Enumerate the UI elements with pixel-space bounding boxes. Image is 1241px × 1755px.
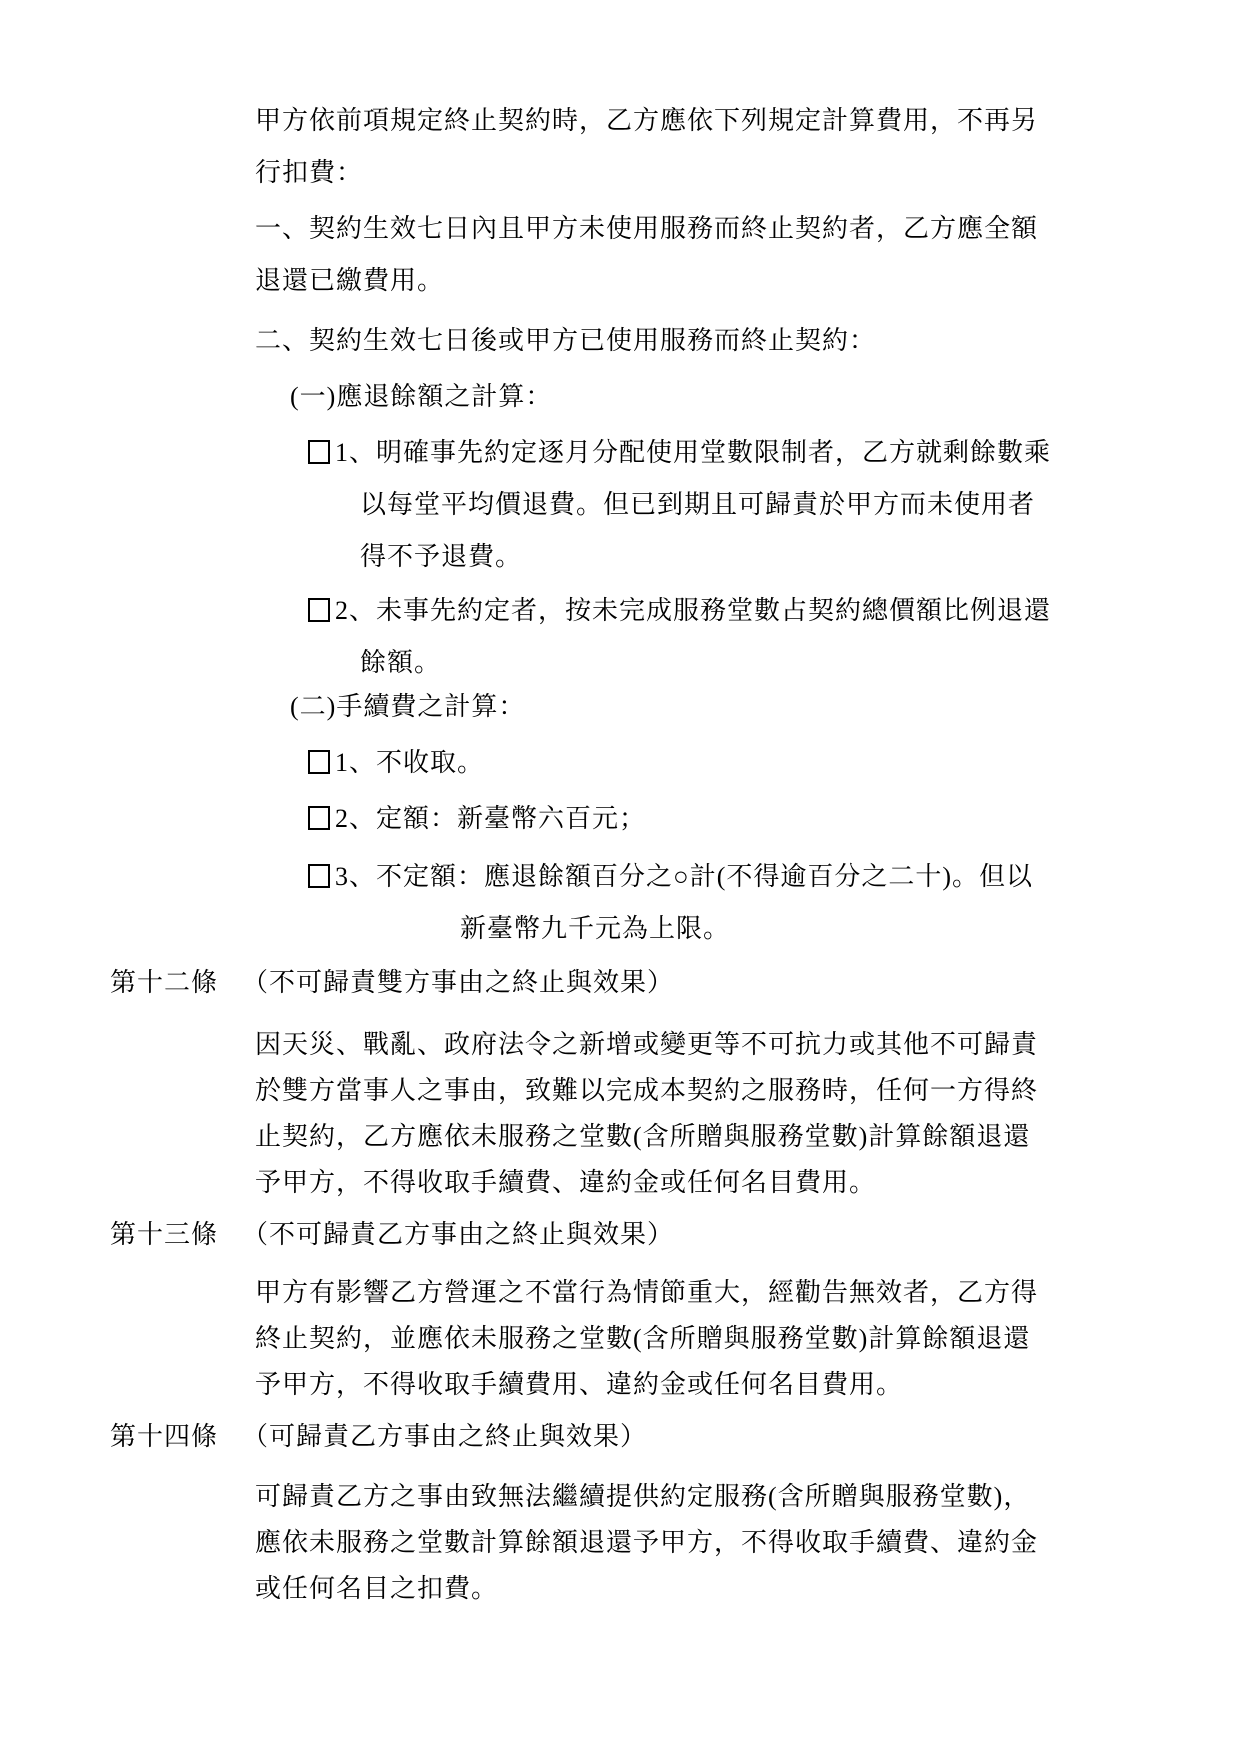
intro-paragraph: 甲方依前項規定終止契約時，乙方應依下列規定計算費用，不再另 行扣費： <box>255 95 1085 199</box>
list-item-2: 二、契約生效七日後或甲方已使用服務而終止契約： <box>255 315 1085 367</box>
fee-option-3: 3、不定額：應退餘額百分之○計(不得逾百分之二十)。但以 新臺幣九千元為上限。 <box>460 851 1240 955</box>
fee-option-2: 2、定額：新臺幣六百元； <box>360 793 1140 845</box>
option-text: 不收取。 <box>376 748 484 777</box>
option-number: 2、 <box>335 596 376 625</box>
article-12-header: 第十二條（不可歸責雙方事由之終止與效果） <box>110 957 674 1009</box>
article-title: （不可歸責雙方事由之終止與效果） <box>242 968 674 997</box>
article-13-header: 第十三條（不可歸責乙方事由之終止與效果） <box>110 1209 674 1261</box>
checkbox-icon[interactable] <box>308 440 330 464</box>
article-title: （不可歸責乙方事由之終止與效果） <box>242 1220 674 1249</box>
article-12-body: 因天災、戰亂、政府法令之新增或變更等不可抗力或其他不可歸責 於雙方當事人之事由，… <box>255 1022 1085 1206</box>
checkbox-icon[interactable] <box>308 806 330 830</box>
article-title: （可歸責乙方事由之終止與效果） <box>242 1422 647 1451</box>
refund-option-2: 2、未事先約定者，按未完成服務堂數占契約總價額比例退還 餘額。 <box>360 585 1140 689</box>
option-number: 3、 <box>335 862 376 891</box>
option-text: 明確事先約定逐月分配使用堂數限制者，乙方就剩餘數乘 以每堂平均價退費。但已到期且… <box>360 438 1051 571</box>
fee-option-1: 1、不收取。 <box>360 737 1140 789</box>
option-number: 2、 <box>335 804 376 833</box>
checkbox-icon[interactable] <box>308 864 330 888</box>
article-number: 第十二條 <box>110 957 242 1009</box>
checkbox-icon[interactable] <box>308 750 330 774</box>
checkbox-icon[interactable] <box>308 598 330 622</box>
list-item-1: 一、契約生效七日內且甲方未使用服務而終止契約者，乙方應全額 退還已繳費用。 <box>255 203 1085 307</box>
option-number: 1、 <box>335 748 376 777</box>
refund-option-1: 1、明確事先約定逐月分配使用堂數限制者，乙方就剩餘數乘 以每堂平均價退費。但已到… <box>360 427 1140 583</box>
option-text: 不定額：應退餘額百分之○計(不得逾百分之二十)。但以 新臺幣九千元為上限。 <box>376 862 1033 943</box>
article-14-header: 第十四條（可歸責乙方事由之終止與效果） <box>110 1411 647 1463</box>
article-number: 第十四條 <box>110 1411 242 1463</box>
option-number: 1、 <box>335 438 376 467</box>
article-13-body: 甲方有影響乙方營運之不當行為情節重大，經勸告無效者，乙方得 終止契約，並應依未服… <box>255 1270 1085 1408</box>
contract-page: 甲方依前項規定終止契約時，乙方應依下列規定計算費用，不再另 行扣費： 一、契約生… <box>0 0 1241 1755</box>
option-text: 未事先約定者，按未完成服務堂數占契約總價額比例退還 餘額。 <box>360 596 1051 677</box>
article-number: 第十三條 <box>110 1209 242 1261</box>
subsection-2-heading: (二)手續費之計算： <box>290 681 525 733</box>
option-text: 定額：新臺幣六百元； <box>376 804 646 833</box>
subsection-1-heading: (一)應退餘額之計算： <box>290 371 552 423</box>
article-14-body: 可歸責乙方之事由致無法繼續提供約定服務(含所贈與服務堂數)， 應依未服務之堂數計… <box>255 1474 1085 1612</box>
